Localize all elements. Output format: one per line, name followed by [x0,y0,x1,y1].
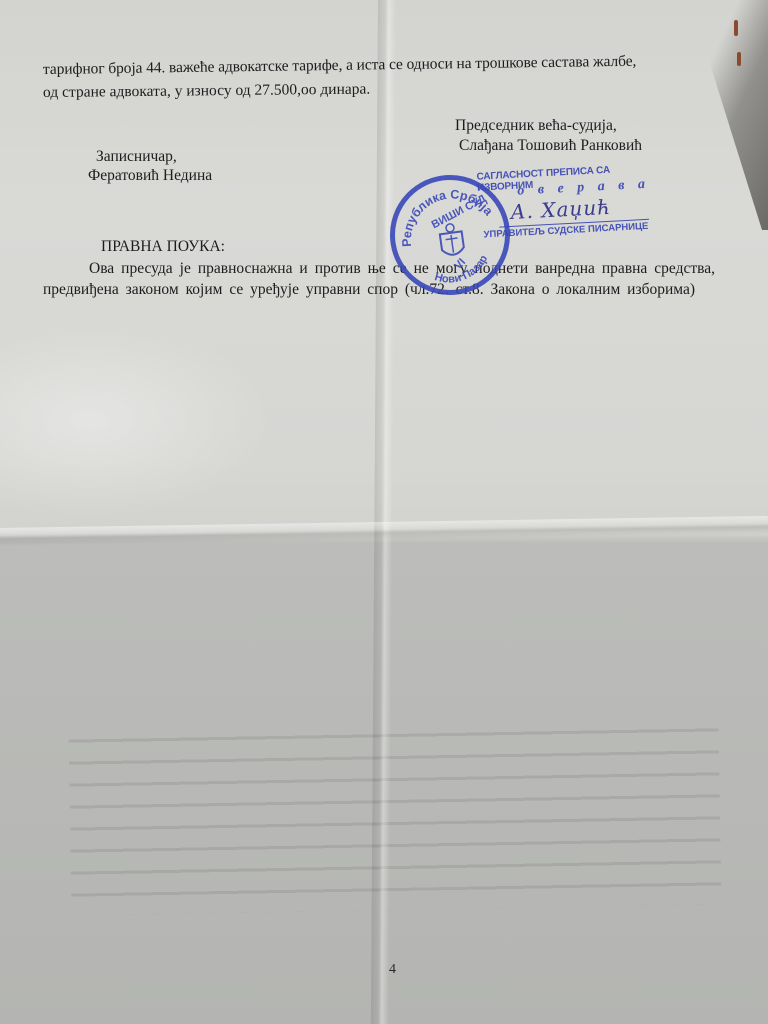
court-seal-stamp: Република Србија ВИШИ СУД VI Нови Пазар [382,167,518,303]
judge-title: Председник већа-судија, [455,116,617,136]
clerk-name: Фератовић Недина [88,166,212,186]
coat-of-arms-icon [439,222,465,256]
body-line-2: од стране адвоката, у износу од 27.500,о… [43,80,370,103]
handwritten-signature: А. Хаџић [510,195,612,224]
legal-notice-text: Ова пресуда је правноснажна и против ње … [43,258,715,300]
judge-name: Слађана Тошовић Ранковић [459,136,642,156]
page-number: 4 [389,962,396,978]
bleed-through-text [68,714,721,915]
staple-icon [734,20,738,36]
seal-graphic: Република Србија ВИШИ СУД VI Нови Пазар [382,167,518,303]
staple-icon [737,52,741,66]
clerk-title: Записничар, [96,147,177,167]
legal-notice-heading: ПРАВНА ПОУКА: [101,237,225,257]
